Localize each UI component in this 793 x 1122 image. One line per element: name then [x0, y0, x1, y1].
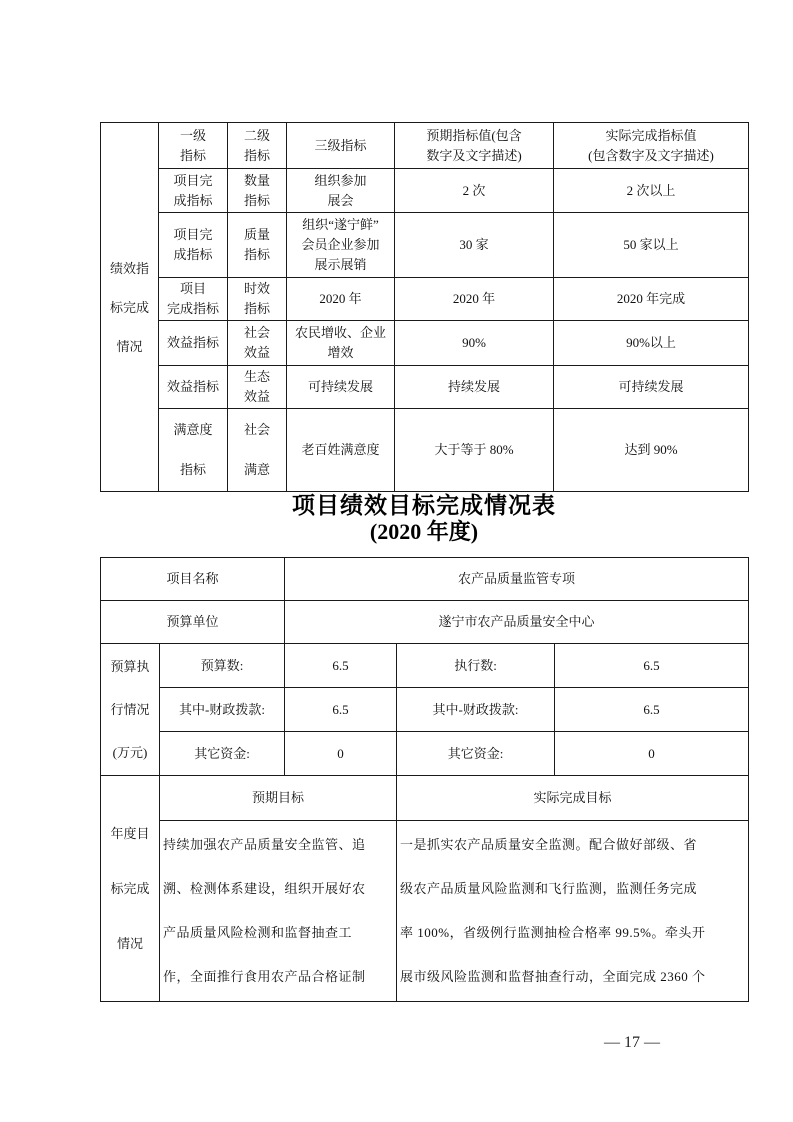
- column-header-level2: 二级 指标: [228, 123, 287, 169]
- row-group-header: 绩效指 标完成 情况: [101, 123, 159, 492]
- table-cell: 可持续发展: [287, 366, 395, 409]
- column-header-actual: 实际完成指标值 (包含数字及文字描述): [554, 123, 749, 169]
- budget-value: 6.5: [285, 644, 397, 688]
- table-cell: 生态 效益: [228, 366, 287, 409]
- performance-indicators-table: 绩效指 标完成 情况 一级 指标 二级 指标 三级指标 预期指标值(包含 数字及…: [100, 122, 749, 492]
- table-cell: 90%以上: [554, 321, 749, 366]
- budget-label: 其它资金:: [160, 732, 285, 776]
- indicator-row: 效益指标 生态 效益 可持续发展 持续发展 可持续发展: [101, 366, 749, 409]
- goal-completion-table: 项目名称 农产品质量监管专项 预算单位 遂宁市农产品质量安全中心 预算执 行情况…: [100, 557, 749, 1002]
- indicator-row: 项目完 成指标 质量 指标 组织“遂宁鲜” 会员企业参加 展示展销 30 家 5…: [101, 213, 749, 278]
- project-name-row: 项目名称 农产品质量监管专项: [101, 558, 749, 601]
- table-cell: 项目完 成指标: [159, 169, 228, 213]
- budget-label: 其中-财政拨款:: [397, 688, 555, 732]
- actual-goal-label: 实际完成目标: [397, 776, 749, 821]
- title-line-1: 项目绩效目标完成情况表: [100, 492, 748, 519]
- table-cell: 50 家以上: [554, 213, 749, 278]
- budget-value: 0: [555, 732, 749, 776]
- budget-label: 其中-财政拨款:: [160, 688, 285, 732]
- project-name-label: 项目名称: [101, 558, 285, 601]
- table-cell: 满意度 指标: [159, 409, 228, 492]
- table-cell: 2020 年: [395, 278, 554, 321]
- actual-goal-text: 一是抓实农产品质量安全监测。配合做好部级、省 级农产品质量风险监测和飞行监测，监…: [397, 821, 749, 1002]
- table-cell: 2020 年: [287, 278, 395, 321]
- column-header-level3: 三级指标: [287, 123, 395, 169]
- budget-value: 6.5: [285, 688, 397, 732]
- table-cell: 2 次以上: [554, 169, 749, 213]
- table-cell: 达到 90%: [554, 409, 749, 492]
- table-cell: 质量 指标: [228, 213, 287, 278]
- table-cell: 老百姓满意度: [287, 409, 395, 492]
- goal-header-row: 年度目 标完成 情况 预期目标 实际完成目标: [101, 776, 749, 821]
- table-cell: 30 家: [395, 213, 554, 278]
- budget-label: 执行数:: [397, 644, 555, 688]
- budget-value: 6.5: [555, 644, 749, 688]
- table-cell: 社会 满意: [228, 409, 287, 492]
- budget-label: 其它资金:: [397, 732, 555, 776]
- column-header-expected: 预期指标值(包含 数字及文字描述): [395, 123, 554, 169]
- budget-unit-row: 预算单位 遂宁市农产品质量安全中心: [101, 601, 749, 644]
- table-cell: 组织“遂宁鲜” 会员企业参加 展示展销: [287, 213, 395, 278]
- goal-content-row: 持续加强农产品质量安全监管、追 溯、检测体系建设，组织开展好农 产品质量风险检测…: [101, 821, 749, 1002]
- project-name-value: 农产品质量监管专项: [285, 558, 749, 601]
- table-cell: 效益指标: [159, 366, 228, 409]
- annual-goal-header: 年度目 标完成 情况: [101, 776, 160, 1002]
- expected-goal-text: 持续加强农产品质量安全监管、追 溯、检测体系建设，组织开展好农 产品质量风险检测…: [160, 821, 397, 1002]
- column-header-level1: 一级 指标: [159, 123, 228, 169]
- budget-unit-label: 预算单位: [101, 601, 285, 644]
- table-cell: 90%: [395, 321, 554, 366]
- budget-value: 0: [285, 732, 397, 776]
- budget-exec-header: 预算执 行情况 (万元): [101, 644, 160, 776]
- table-cell: 大于等于 80%: [395, 409, 554, 492]
- document-title: 项目绩效目标完成情况表 (2020 年度): [100, 492, 748, 545]
- expected-goal-label: 预期目标: [160, 776, 397, 821]
- table-cell: 农民增收、企业 增效: [287, 321, 395, 366]
- indicator-row: 项目完 成指标 数量 指标 组织参加 展会 2 次 2 次以上: [101, 169, 749, 213]
- table-cell: 2020 年完成: [554, 278, 749, 321]
- table-cell: 项目 完成指标: [159, 278, 228, 321]
- page-number: — 17 —: [562, 1034, 702, 1052]
- table-cell: 效益指标: [159, 321, 228, 366]
- table-cell: 持续发展: [395, 366, 554, 409]
- table-cell: 数量 指标: [228, 169, 287, 213]
- document-page: 绩效指 标完成 情况 一级 指标 二级 指标 三级指标 预期指标值(包含 数字及…: [0, 0, 793, 1122]
- indicator-row: 项目 完成指标 时效 指标 2020 年 2020 年 2020 年完成: [101, 278, 749, 321]
- budget-label: 预算数:: [160, 644, 285, 688]
- budget-value: 6.5: [555, 688, 749, 732]
- budget-row: 预算执 行情况 (万元) 预算数: 6.5 执行数: 6.5: [101, 644, 749, 688]
- table-cell: 项目完 成指标: [159, 213, 228, 278]
- table-cell: 组织参加 展会: [287, 169, 395, 213]
- table-cell: 社会 效益: [228, 321, 287, 366]
- budget-row: 其中-财政拨款: 6.5 其中-财政拨款: 6.5: [101, 688, 749, 732]
- indicator-row: 满意度 指标 社会 满意 老百姓满意度 大于等于 80% 达到 90%: [101, 409, 749, 492]
- indicator-header-row: 绩效指 标完成 情况 一级 指标 二级 指标 三级指标 预期指标值(包含 数字及…: [101, 123, 749, 169]
- table-cell: 可持续发展: [554, 366, 749, 409]
- budget-row: 其它资金: 0 其它资金: 0: [101, 732, 749, 776]
- table-cell: 2 次: [395, 169, 554, 213]
- table-cell: 时效 指标: [228, 278, 287, 321]
- title-line-2: (2020 年度): [100, 519, 748, 545]
- indicator-row: 效益指标 社会 效益 农民增收、企业 增效 90% 90%以上: [101, 321, 749, 366]
- budget-unit-value: 遂宁市农产品质量安全中心: [285, 601, 749, 644]
